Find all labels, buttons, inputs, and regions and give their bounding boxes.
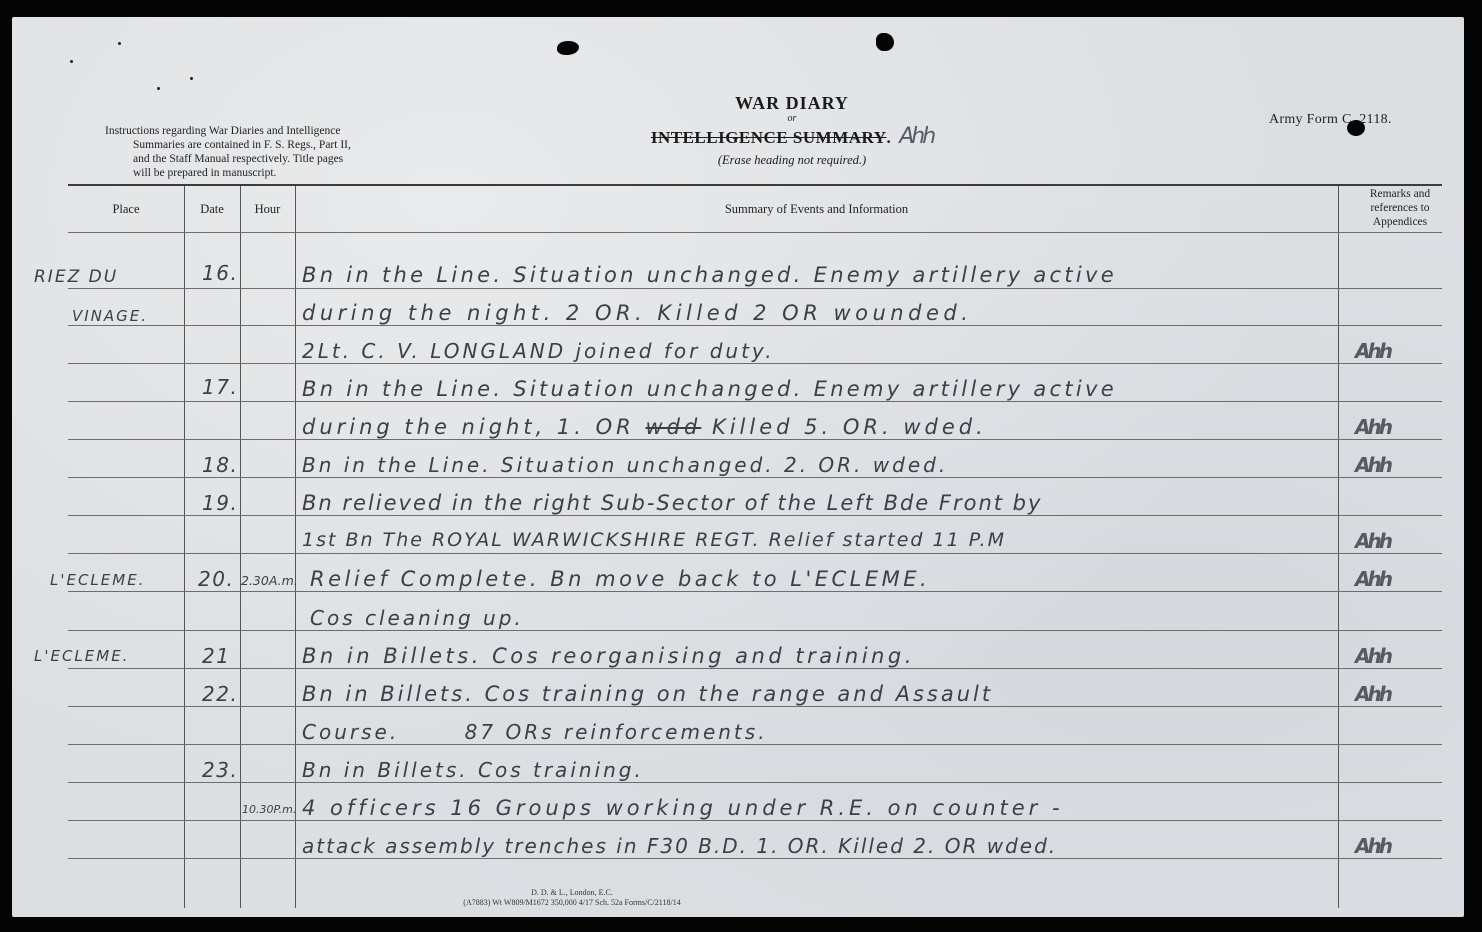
summary-line: attack assembly trenches in F30 B.D. 1. …: [302, 834, 1057, 858]
ruled-line: [68, 706, 1442, 707]
remarks-initials: Ahh: [1355, 453, 1390, 477]
remarks-initials: Ahh: [1355, 682, 1390, 706]
header-rule: [68, 184, 1442, 186]
title-initials-signature: Ahh: [899, 124, 933, 149]
place-entry: VINAGE.: [72, 307, 148, 325]
remarks-initials: Ahh: [1355, 339, 1390, 363]
place-entry: RIEZ DU: [34, 267, 118, 287]
summary-line: 2Lt. C. V. LONGLAND joined for duty.: [302, 339, 775, 363]
summary-line: 1st Bn The ROYAL WARWICKSHIRE REGT. Reli…: [302, 529, 1006, 551]
instructions-line: Instructions regarding War Diaries and I…: [105, 124, 445, 138]
summary-line: 4 officers 16 Groups working under R.E. …: [302, 796, 1064, 820]
instructions-line: and the Staff Manual respectively. Title…: [105, 152, 445, 166]
date-entry: 21: [202, 644, 230, 668]
date-entry: 23.: [202, 758, 238, 782]
summary-line: Bn relieved in the right Sub-Sector of t…: [302, 491, 1042, 515]
page-title: WAR DIARY: [612, 93, 972, 114]
ruled-line: [68, 401, 1442, 402]
column-header-date: Date: [184, 202, 240, 216]
remarks-initials: Ahh: [1355, 644, 1390, 668]
hour-entry: 10.30P.m.: [242, 803, 296, 816]
struck-heading: INTELLIGENCE SUMMARY: [651, 128, 887, 148]
ruled-line: [68, 591, 1442, 592]
col-divider-summary-remarks: [1338, 186, 1339, 908]
place-entry: L'ECLEME.: [50, 571, 145, 589]
summary-line: during the night, 1. OR wdd Killed 5. OR…: [302, 415, 987, 439]
hour-entry: 2.30A.m.: [241, 573, 298, 588]
date-entry: 19.: [202, 491, 238, 515]
form-number: Army Form C. 2118.: [1269, 112, 1392, 128]
printer-imprint: D. D. & L., London, E.C. (A7883) Wt W809…: [372, 888, 772, 908]
column-header-remarks: Remarks and references to Appendices: [1338, 187, 1462, 229]
instructions-line: Summaries are contained in F. S. Regs., …: [105, 138, 445, 152]
summary-line: Bn in the Line. Situation unchanged. Ene…: [302, 377, 1117, 401]
date-entry: 17.: [202, 375, 238, 399]
summary-line: Bn in Billets. Cos training on the range…: [302, 682, 993, 706]
ruled-line: [68, 439, 1442, 440]
ruled-line: [68, 477, 1442, 478]
ruled-line: [68, 325, 1442, 326]
remarks-initials: Ahh: [1355, 567, 1390, 591]
ruled-line: [68, 363, 1442, 364]
remarks-initials: Ahh: [1355, 834, 1390, 858]
date-entry: 20.: [198, 567, 234, 591]
instructions-note: Instructions regarding War Diaries and I…: [105, 124, 445, 180]
punch-hole-left: [557, 41, 579, 55]
title-or: or: [612, 114, 972, 124]
column-header-hour: Hour: [240, 202, 295, 216]
remarks-initials: Ahh: [1355, 529, 1390, 553]
instructions-line: will be prepared in manuscript.: [105, 166, 445, 180]
ruled-line: [68, 668, 1442, 669]
summary-line: Bn in Billets. Cos training.: [302, 758, 644, 782]
war-diary-sheet: Instructions regarding War Diaries and I…: [12, 17, 1464, 917]
col-divider-date-hour: [240, 186, 241, 908]
ruled-line: [68, 630, 1442, 631]
ruled-line: [68, 744, 1442, 745]
summary-line: Bn in the Line. Situation unchanged. 2. …: [302, 453, 948, 477]
paper-speck: [157, 87, 160, 90]
paper-speck: [190, 77, 193, 80]
ruled-line: [68, 858, 1442, 859]
struck-word: wdd: [645, 415, 701, 439]
summary-line: Bn in the Line. Situation unchanged. Ene…: [302, 263, 1117, 287]
col-divider-place-date: [184, 186, 185, 908]
column-header-place: Place: [68, 202, 184, 216]
col-divider-hour-summary: [295, 186, 296, 908]
header-bottom-line: [68, 232, 1442, 233]
summary-line: Bn in Billets. Cos reorganising and trai…: [302, 644, 915, 668]
title-note: (Erase heading not required.): [612, 153, 972, 168]
title-block: WAR DIARY or INTELLIGENCE SUMMARY. Ahh (…: [552, 93, 972, 168]
ruled-line: [68, 288, 1442, 289]
date-entry: 18.: [202, 453, 238, 477]
summary-line: Cos cleaning up.: [310, 606, 524, 630]
date-entry: 16.: [202, 261, 238, 285]
summary-line: Relief Complete. Bn move back to L'ECLEM…: [310, 567, 930, 591]
paper-speck: [70, 60, 73, 63]
ruled-line: [68, 782, 1442, 783]
paper-speck: [118, 42, 121, 45]
summary-line: during the night. 2 OR. Killed 2 OR woun…: [302, 301, 972, 325]
remarks-initials: Ahh: [1355, 415, 1390, 439]
column-header-summary: Summary of Events and Information: [295, 202, 1338, 216]
ruled-line: [68, 820, 1442, 821]
summary-line: Course. 87 ORs reinforcements.: [302, 720, 768, 744]
ruled-line: [68, 515, 1442, 516]
ruled-line: [68, 553, 1442, 554]
date-entry: 22.: [202, 682, 238, 706]
place-entry: L'ECLEME.: [34, 647, 129, 665]
punch-hole-middle: [876, 33, 894, 51]
